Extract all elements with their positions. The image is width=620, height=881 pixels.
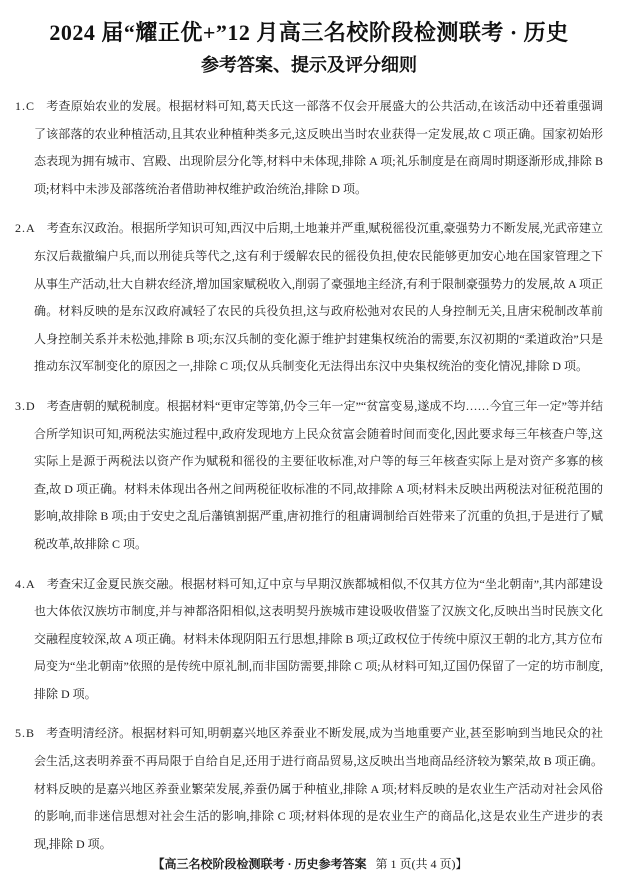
answer-text-3: 考查唐朝的赋税制度。根据材料“更审定等第,仍令三年一定”“贫富变易,遂成不均……… — [34, 399, 603, 551]
exam-answer-page: 2024 届“耀正优+”12 月高三名校阶段检测联考 · 历史 参考答案、提示及… — [0, 0, 620, 881]
answer-label-4: 4.A — [15, 577, 36, 591]
answer-label-3: 3.D — [15, 399, 36, 413]
answer-label-2: 2.A — [15, 221, 36, 235]
footer-page-number: 第 1 页(共 4 页)】 — [376, 857, 468, 871]
answer-item-3: 3.D考查唐朝的赋税制度。根据材料“更审定等第,仍令三年一定”“贫富变易,遂成不… — [15, 393, 603, 559]
answer-text-5: 考查明清经济。根据材料可知,明朝嘉兴地区养蚕业不断发展,成为当地重要产业,甚至影… — [34, 726, 603, 850]
answer-item-2: 2.A考查东汉政治。根据所学知识可知,西汉中后期,土地兼并严重,赋税徭役沉重,豪… — [15, 215, 603, 381]
answers-list: 1.C考查原始农业的发展。根据材料可知,葛天氏这一部落不仅会开展盛大的公共活动,… — [15, 93, 603, 858]
footer-exam-name: 【高三名校阶段检测联考 · 历史参考答案 — [152, 857, 366, 871]
answer-item-4: 4.A考查宋辽金夏民族交融。根据材料可知,辽中京与早期汉族都城相似,不仅其方位为… — [15, 571, 603, 709]
answer-item-1: 1.C考查原始农业的发展。根据材料可知,葛天氏这一部落不仅会开展盛大的公共活动,… — [15, 93, 603, 203]
answer-item-5: 5.B考查明清经济。根据材料可知,明朝嘉兴地区养蚕业不断发展,成为当地重要产业,… — [15, 720, 603, 858]
answer-text-1: 考查原始农业的发展。根据材料可知,葛天氏这一部落不仅会开展盛大的公共活动,在该活… — [34, 99, 603, 196]
answer-label-1: 1.C — [15, 99, 35, 113]
answer-text-4: 考查宋辽金夏民族交融。根据材料可知,辽中京与早期汉族都城相似,不仅其方位为“坐北… — [34, 577, 603, 701]
page-title: 2024 届“耀正优+”12 月高三名校阶段检测联考 · 历史 — [15, 18, 603, 48]
answer-label-5: 5.B — [15, 726, 35, 740]
page-footer: 【高三名校阶段检测联考 · 历史参考答案第 1 页(共 4 页)】 — [0, 856, 620, 872]
page-subtitle: 参考答案、提示及评分细则 — [15, 52, 603, 78]
answer-text-2: 考查东汉政治。根据所学知识可知,西汉中后期,土地兼并严重,赋税徭役沉重,豪强势力… — [34, 221, 603, 373]
